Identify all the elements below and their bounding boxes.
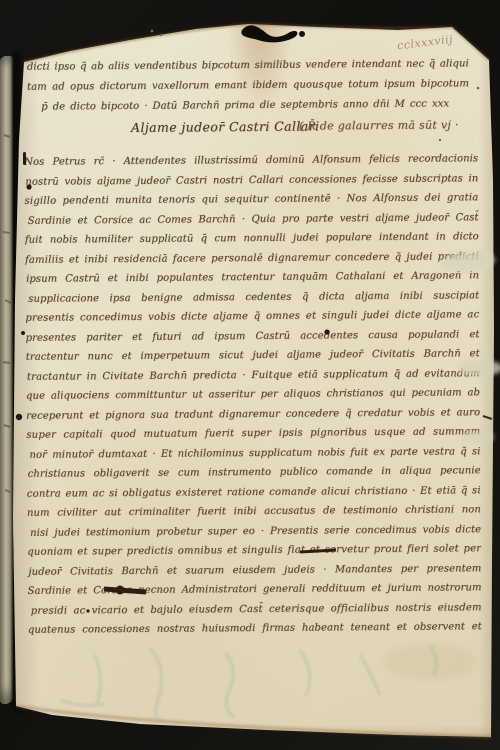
entry-heading-row: Aljame judeor̄ Castri Callari ( R̄ de ga… xyxy=(0,117,500,143)
registration-note: ( R̄ de galaurres mā sūt vj · xyxy=(299,118,459,132)
folio-number: cclxxxviij xyxy=(396,33,453,53)
entry-text-block: Nos Petrus rc̄ · Attendentes illustrissi… xyxy=(24,149,482,640)
manuscript-photo: cclxxxviij dicti ipso q̃ ab aliis venden… xyxy=(0,0,500,750)
manuscript-line: p̄ de dicto bipcoto · Datū Barchn̄ prima… xyxy=(27,94,449,117)
manuscript-page: cclxxxviij dicti ipso q̃ ab aliis venden… xyxy=(0,0,500,750)
preceding-entry-block: dicti ipso q̃ ab aliis vendentibus bipco… xyxy=(27,54,469,117)
manuscript-line: quatenus concessiones nostras huiusmodi … xyxy=(28,617,482,640)
entry-heading: Aljame judeor̄ Castri Callari xyxy=(131,118,320,134)
